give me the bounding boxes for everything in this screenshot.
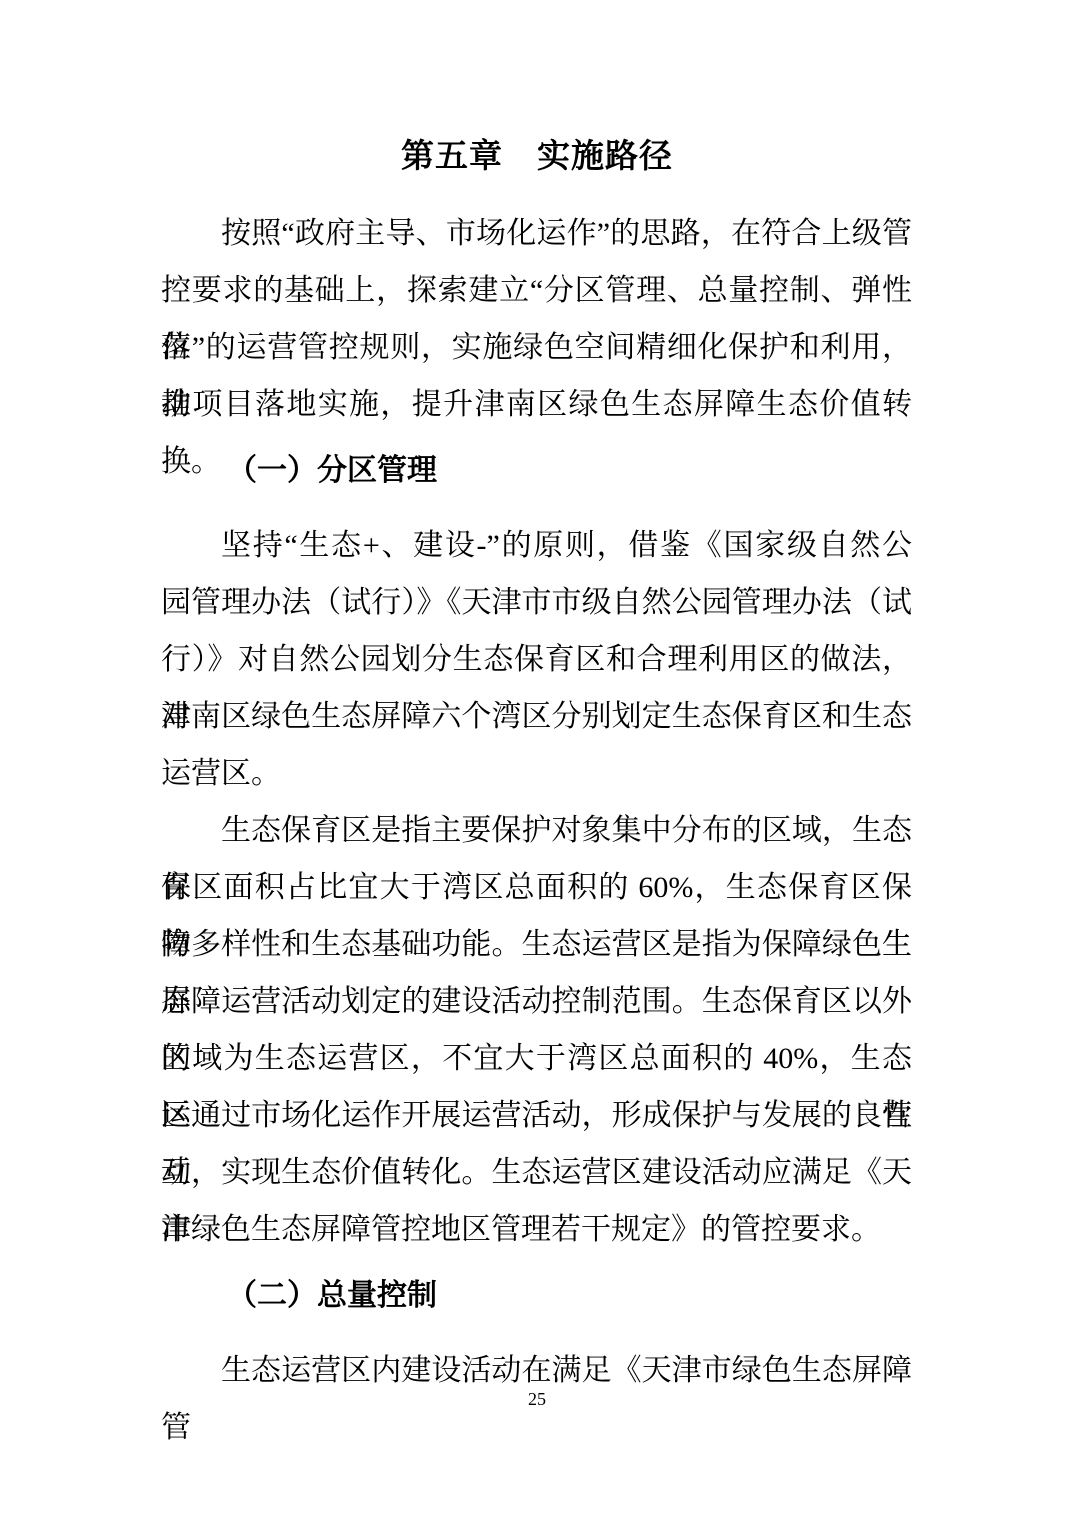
text-line: 津南区绿色生态屏障六个湾区分别划定生态保育区和生态 [161, 688, 912, 745]
text-line: 行）》对自然公园划分生态保育区和合理利用区的做法，对 [161, 631, 912, 688]
paragraph: 按照“政府主导、市场化运作”的思路，在符合上级管控要求的基础上，探索建立“分区管… [161, 205, 912, 433]
text-line: 屏障运营活动划定的建设活动控制范围。生态保育区以外的 [161, 973, 912, 1030]
text-line: 动，实现生态价值转化。生态运营区建设活动应满足《天津 [161, 1144, 912, 1201]
text-line: 区域为生态运营区，不宜大于湾区总面积的 40%，生态运营 [161, 1030, 912, 1087]
text-line: 坚持“生态+、建设-”的原则，借鉴《国家级自然公 [161, 517, 912, 574]
paragraph: 坚持“生态+、建设-”的原则，借鉴《国家级自然公园管理办法（试行）》《天津市市级… [161, 517, 912, 802]
text-line: 动项目落地实施，提升津南区绿色生态屏障生态价值转换。 [161, 376, 912, 433]
paragraph: 生态保育区是指主要保护对象集中分布的区域，生态保育区面积占比宜大于湾区总面积的 … [161, 802, 912, 1258]
text-line: 区通过市场化运作开展运营活动，形成保护与发展的良性互 [161, 1087, 912, 1144]
document-body: 按照“政府主导、市场化运作”的思路，在符合上级管控要求的基础上，探索建立“分区管… [161, 0, 912, 1520]
text-line: 位”的运营管控规则，实施绿色空间精细化保护和利用，推 [161, 319, 912, 376]
document-page: 第五章 实施路径 按照“政府主导、市场化运作”的思路，在符合上级管控要求的基础上… [0, 0, 1074, 1520]
text-line: 控要求的基础上，探索建立“分区管理、总量控制、弹性落 [161, 262, 912, 319]
text-line: 物多样性和生态基础功能。生态运营区是指为保障绿色生态 [161, 916, 912, 973]
text-line: 育区面积占比宜大于湾区总面积的 60%，生态保育区保障生 [161, 859, 912, 916]
text-line: 市绿色生态屏障管控地区管理若干规定》的管控要求。 [161, 1201, 912, 1258]
section-heading: （一）分区管理 [161, 442, 912, 499]
text-line: 按照“政府主导、市场化运作”的思路，在符合上级管 [161, 205, 912, 262]
section-heading: （二）总量控制 [161, 1267, 912, 1324]
text-line: 生态保育区是指主要保护对象集中分布的区域，生态保 [161, 802, 912, 859]
page-number: 25 [0, 1388, 1074, 1410]
text-line: 运营区。 [161, 745, 912, 802]
text-line: 园管理办法（试行）》《天津市市级自然公园管理办法（试 [161, 574, 912, 631]
